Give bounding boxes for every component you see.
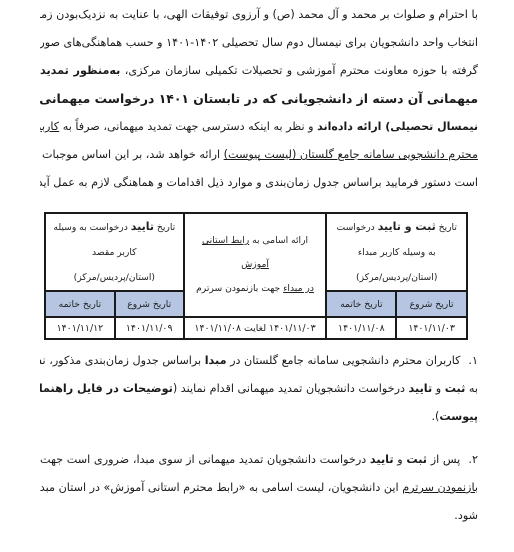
intro-paragraph: با احترام و صلوات بر محمد و آل محمد (ص) … [40,1,478,197]
dest-start-date: ۱۴۰۱/۱۱/۰۹ [115,317,184,339]
table-header-row: تاریخ ثبت و تایید درخواست به وسیله کاربر… [45,213,467,291]
intro-line-2: انتخاب واحد دانشجویان برای نیمسال دوم سا… [40,29,478,57]
list-item-1: ۱. کاربران محترم دانشجویی سامانه جامع گل… [40,347,478,431]
table-row: ۱۴۰۱/۱۱/۰۳ ۱۴۰۱/۱۱/۰۸ ۱۴۰۱/۱۱/۰۳ لغایت ۱… [45,317,467,339]
list-number: ۱. [464,347,478,375]
intro-line-3: گرفته با حوزه معاونت محترم آموزشی و تحصی… [40,57,478,85]
dest-end-date: ۱۴۰۱/۱۱/۱۲ [45,317,115,339]
document-page: با احترام و صلوات بر محمد و آل محمد (ص) … [0,0,514,552]
origin-start-header: تاریخ شروع [396,291,467,317]
intro-line-5: نیمسال تحصیلی) ارائه داده‌اند و نظر به ا… [40,113,478,141]
origin-header-cell: تاریخ ثبت و تایید درخواست به وسیله کاربر… [326,213,467,291]
middle-date-range: ۱۴۰۱/۱۱/۰۳ لغایت ۱۴۰۱/۱۱/۰۸ [184,317,327,339]
list-number: ۲. [464,446,478,474]
dest-end-header: تاریخ خاتمه [45,291,115,317]
intro-line-1: با احترام و صلوات بر محمد و آل محمد (ص) … [40,1,478,29]
intro-line-7: است دستور فرمایید براساس جدول زمان‌بندی … [40,169,478,197]
underlined-phrase: کاربران [40,120,59,133]
intro-line-4: میهمانی آن دسته از دانشجویانی که در تابس… [40,85,478,113]
bold-phrase: به‌منظور تمدید [40,64,120,77]
underlined-phrase: بازنمودن سرترم [402,481,478,494]
dest-start-header: تاریخ شروع [115,291,184,317]
origin-start-date: ۱۴۰۱/۱۱/۰۳ [396,317,467,339]
list-item-2: ۲. پس از ثبت و تایید درخواست دانشجویان ت… [40,446,478,530]
underlined-phrase: محترم دانشجویی سامانه جامع گلستان (لیست … [224,148,478,161]
schedule-table: تاریخ ثبت و تایید درخواست به وسیله کاربر… [44,212,468,340]
destination-header-cell: تاریخ تایید درخواست به وسیله کاربر مقصد … [45,213,184,291]
middle-header-cell: ارائه اسامی به رابط استانی آموزش در مبدا… [184,213,327,317]
origin-end-header: تاریخ خاتمه [326,291,396,317]
intro-line-6: محترم دانشجویی سامانه جامع گلستان (لیست … [40,141,478,169]
origin-end-date: ۱۴۰۱/۱۱/۰۸ [326,317,396,339]
